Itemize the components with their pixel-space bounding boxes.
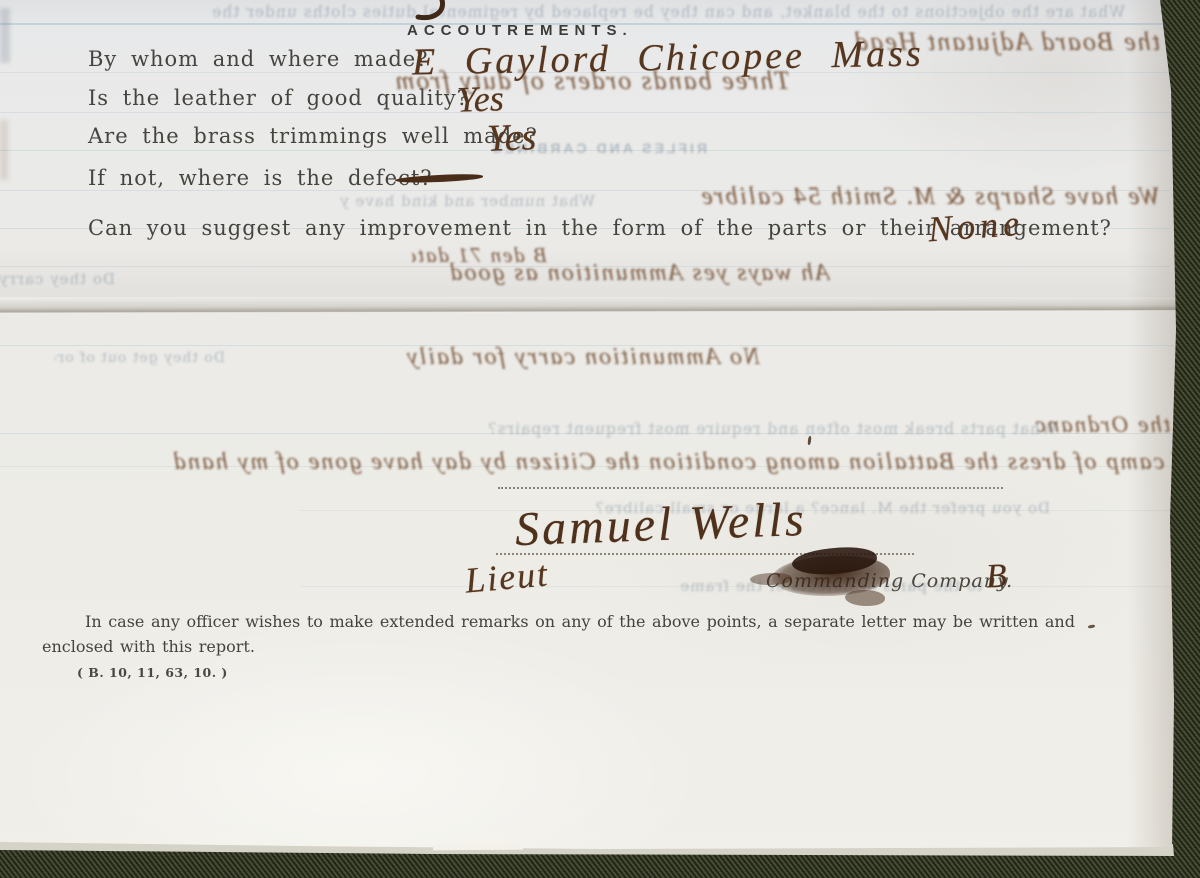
bleedthrough-fragment: What parts break most often and require … — [92, 420, 1057, 438]
ink-speck — [1088, 624, 1095, 628]
rank-handwriting: Lieut — [463, 552, 550, 601]
question-label-3: Are the brass trimmings well made? — [88, 124, 538, 148]
answer-brass-handwriting: Yes — [486, 115, 537, 161]
ink-blot-satellite — [845, 590, 885, 606]
edge-smudge — [0, 8, 10, 63]
bleedthrough-fragment: of the Ordnance 18 — [1035, 412, 1200, 438]
bleedthrough-fragment: Do they get out of order easily? — [55, 350, 225, 366]
signature-dotted-line — [498, 487, 1003, 489]
ruled-line — [0, 112, 1170, 113]
bleedthrough-fragment: What number and kind have you? — [340, 192, 595, 210]
form-code: ( B. 10, 11, 63, 10. ) — [77, 665, 228, 680]
bleedthrough-fragment: What are the objections to the blanket, … — [20, 3, 1125, 21]
footer-note-line1: In case any officer wishes to make exten… — [85, 612, 1075, 631]
paper-edge-shading — [1128, 0, 1177, 878]
photograph-of-document: What are the objections to the blanket, … — [0, 0, 1200, 878]
document-paper: What are the objections to the blanket, … — [0, 0, 1200, 878]
answer-leather-handwriting: Yes — [456, 77, 504, 121]
answer-improvement-handwriting: None — [927, 202, 1026, 251]
question-label-2: Is the leather of good quality? — [88, 86, 469, 110]
ink-speck — [807, 436, 811, 445]
question-label-4: If not, where is the defect? — [88, 166, 433, 190]
signature-handwriting: Samuel Wells — [514, 492, 807, 557]
fold-crease — [0, 296, 1200, 314]
company-letter-handwriting: B — [985, 557, 1008, 596]
bleedthrough-fragment: No Ammunition carry for daily — [235, 344, 760, 371]
question-label-1: By whom and where made? — [88, 47, 429, 71]
edge-smudge — [0, 120, 8, 180]
paper-edge-highlight — [433, 844, 523, 851]
bleedthrough-fragment: Do they carry well? — [0, 270, 115, 288]
answer-maker-handwriting: E Gaylord Chicopee Mass — [412, 32, 924, 85]
bleedthrough-fragment: We have Sharps & M. Smith 54 calibre — [615, 183, 1160, 211]
bleedthrough-fragment: of camp of dress the Battalion among con… — [5, 449, 1195, 476]
footer-note-line2: enclosed with this report. — [42, 637, 255, 656]
bleedthrough-fragment: Ah ways yes Ammunition as good — [150, 260, 830, 287]
